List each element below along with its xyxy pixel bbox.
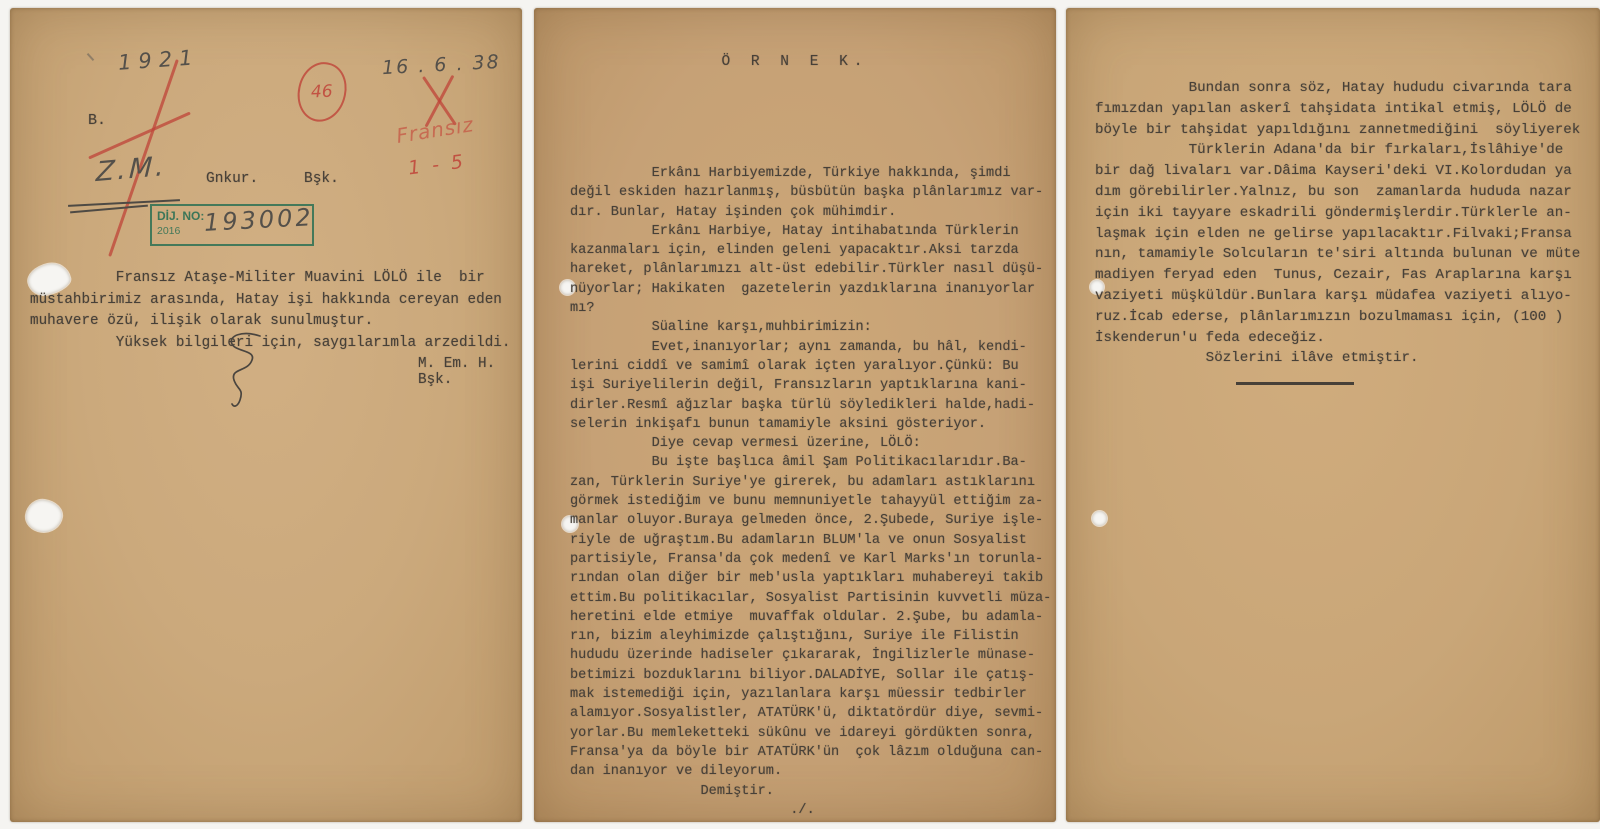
text-line: Demiştir.	[570, 782, 1051, 801]
text-line: riyle de uğraştım.Bu adamların BLUM'la v…	[570, 531, 1051, 550]
page1-signoff: M. Em. H. Bşk.	[418, 356, 522, 388]
text-line: hududu üzerinde hadiseler çıkararak, İng…	[570, 646, 1051, 665]
text-line: değil eskiden hazırlanmış, büsbütün başk…	[570, 183, 1051, 202]
text-line: nın, tamamiyle Solcuların te'siri altınd…	[1095, 244, 1580, 265]
text-line: Diye cevap vermesi üzerine, LÖLÖ:	[570, 434, 1051, 453]
header-gnkur: Gnkur.	[206, 171, 258, 187]
typed-initial-b: B.	[88, 112, 106, 129]
text-line: ruz.İcab ederse, plânlarımızın bozulmama…	[1095, 307, 1580, 328]
digitization-stamp: DİJ. NO: 2016 193002	[150, 204, 314, 246]
text-line: selerin inkişafı bunun tamamiyle aksini …	[570, 415, 1051, 434]
text-line: böyle bir tahşidat yapıldığını zannetmed…	[1095, 120, 1580, 141]
text-line: Erkânı Harbiyemizde, Türkiye hakkında, ş…	[570, 164, 1051, 183]
text-line: Türklerin Adana'da bir fırkaları,İslâhiy…	[1095, 140, 1580, 161]
page-3: Bundan sonra söz, Hatay hududu civarında…	[1066, 8, 1600, 822]
text-line: lerini ciddî ve samimî olarak içten yara…	[570, 357, 1051, 376]
header-bsk: Bşk.	[304, 171, 339, 187]
handwritten-date: 16 . 6 . 38	[382, 51, 502, 79]
text-line: dım görebilirler.Yalnız, bu son zamanlar…	[1095, 182, 1580, 203]
red-handwritten-note: Fransız	[395, 112, 476, 148]
document-scan: 1921 16 . 6 . 38 46 Fransız 1 - 5 B. Z.M…	[0, 0, 1600, 829]
text-line: fımızdan yapılan askerî tahşidata intika…	[1095, 99, 1580, 120]
text-line: müstahbirimiz arasında, Hatay işi hakkın…	[30, 290, 510, 312]
page-1: 1921 16 . 6 . 38 46 Fransız 1 - 5 B. Z.M…	[10, 8, 522, 822]
handwritten-year: 1921	[117, 45, 200, 75]
text-line: mı?	[570, 299, 1051, 318]
text-line: Fransız Ataşe-Militer Muavini LÖLÖ ile b…	[30, 268, 510, 290]
text-line: ./.	[570, 801, 1051, 820]
text-line: heretini elde etmiye muvaffak oldular. 2…	[570, 608, 1051, 627]
pencil-tick-mark	[87, 53, 95, 61]
red-circled-number: 46	[292, 58, 351, 127]
page2-title: Ö R N E K.	[534, 54, 1056, 70]
text-line: Bundan sonra söz, Hatay hududu civarında…	[1095, 78, 1580, 99]
text-line: İskenderun'u feda edeceğiz.	[1095, 328, 1580, 349]
text-line: alamıyor.Sosyalistler, ATATÜRK'ü, diktat…	[570, 704, 1051, 723]
text-line: ettim.Bu politikacılar, Sosyalist Partis…	[570, 589, 1051, 608]
page-2: Ö R N E K. Erkânı Harbiyemizde, Türkiye …	[534, 8, 1056, 822]
handwritten-initials-zm: Z.M.	[95, 151, 167, 188]
text-line: betimizi bozduklarını biliyor.DALADİYE, …	[570, 666, 1051, 685]
text-line: rından olan diğer bir meb'usla yaptıklar…	[570, 569, 1051, 588]
page2-body-text: Erkânı Harbiyemizde, Türkiye hakkında, ş…	[570, 164, 1051, 820]
closing-rule	[1236, 382, 1354, 385]
text-line: dirler.Resmî ağızlar başka türlü söyledi…	[570, 396, 1051, 415]
text-line: Erkânı Harbiye, Hatay intihabatında Türk…	[570, 222, 1051, 241]
circled-number-text: 46	[311, 82, 333, 103]
text-line: Evet,inanıyorlar; aynı zamanda, bu hâl, …	[570, 338, 1051, 357]
stamp-year: 2016	[157, 225, 180, 237]
text-line: Bu işte başlıca âmil Şam Politikacılarıd…	[570, 453, 1051, 472]
text-line: kazanmaları için, elinden geleni yapacak…	[570, 241, 1051, 260]
stamp-label: DİJ. NO:	[157, 209, 204, 223]
text-line: madiyen feryad eden Tunus, Cezair, Fas A…	[1095, 265, 1580, 286]
text-line: görmek istediğim ve bunu memnuniyetle ta…	[570, 492, 1051, 511]
text-line: partisiyle, Fransa'da çok medenî ve Karl…	[570, 550, 1051, 569]
text-line: vaziyeti müşküldür.Bunlara karşı müdafea…	[1095, 286, 1580, 307]
text-line: rın, bizim aleyhimizde çalıştığını, Suri…	[570, 627, 1051, 646]
text-line: Süaline karşı,muhbirimizin:	[570, 318, 1051, 337]
text-line: dır. Bunlar, Hatay işinden çok mühimdir.	[570, 203, 1051, 222]
text-line: laşmak için elden ne gelirse yapılacaktı…	[1095, 224, 1580, 245]
punch-hole	[1092, 511, 1107, 526]
text-line: mak istemediği için, yazılanlara karşı m…	[570, 685, 1051, 704]
text-line: zan, Türklerin Suriye'ye girerek, bu ada…	[570, 473, 1051, 492]
text-line: işi Suriyelilerin değil, Fransızların ya…	[570, 376, 1051, 395]
text-line: nüyorlar; Hakikaten gazetelerin yazdıkla…	[570, 280, 1051, 299]
red-handwritten-range: 1 - 5	[407, 151, 467, 180]
text-line: için iki tayyare eskadrili göndermişlerd…	[1095, 203, 1580, 224]
punch-hole	[24, 498, 64, 535]
text-line: hareket, plânlarımızı alt-üst edebilir.T…	[570, 260, 1051, 279]
text-line: Fransa'ya da böyle bir ATATÜRK'ün çok lâ…	[570, 743, 1051, 762]
text-line: dan inanıyor ve dileyorum.	[570, 762, 1051, 781]
handwritten-signature	[220, 330, 272, 412]
text-line: yorlar.Bu memleketteki sükûnu ve idareyi…	[570, 724, 1051, 743]
page3-body-text: Bundan sonra söz, Hatay hududu civarında…	[1095, 78, 1580, 369]
text-line: manlar oluyor.Buraya gelmeden önce, 2.Şu…	[570, 511, 1051, 530]
text-line: bir dağ livaları var.Dâima Kayseri'deki …	[1095, 161, 1580, 182]
stamp-number: 193002	[203, 203, 314, 237]
text-line: Sözlerini ilâve etmiştir.	[1095, 348, 1580, 369]
